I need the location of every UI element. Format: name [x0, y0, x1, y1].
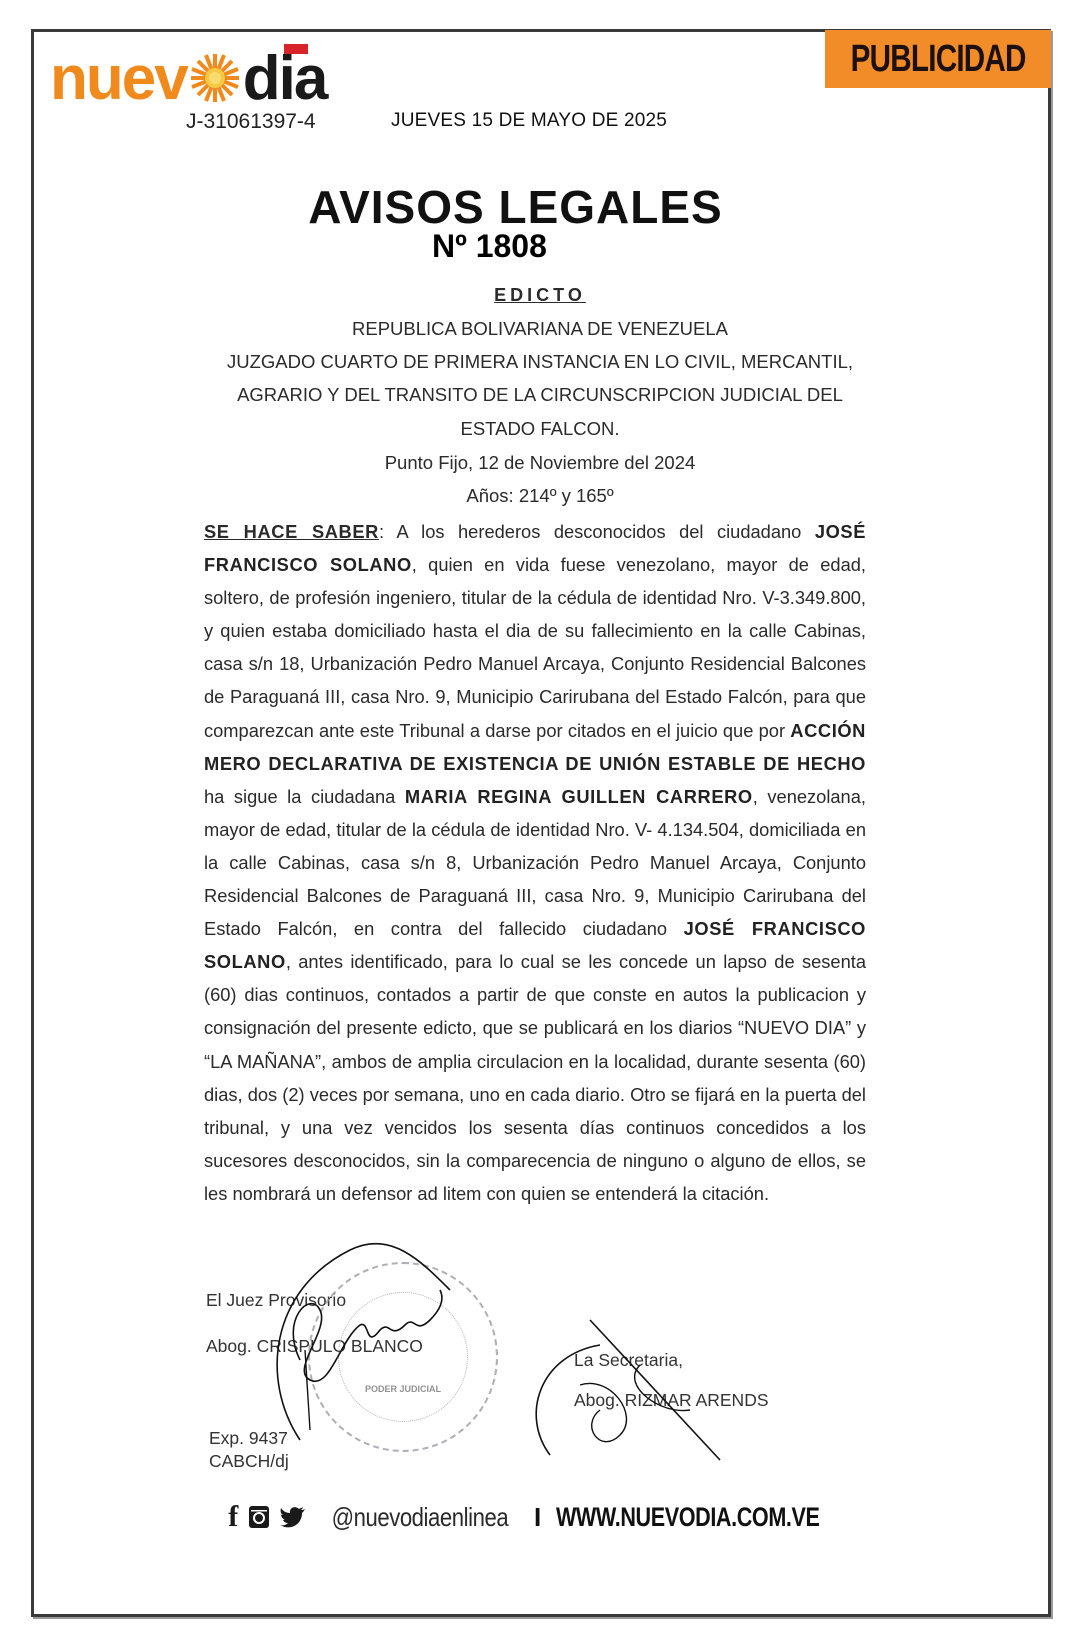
- years-line: Años: 214º y 165º: [180, 485, 900, 507]
- issue-date: JUEVES 15 DE MAYO DE 2025: [391, 110, 667, 132]
- social-handle[interactable]: @nuevodiaenlinea: [332, 1502, 509, 1533]
- footer: f @nuevodiaenlinea I WWW.NUEVODIA.COM.VE: [0, 1500, 1081, 1534]
- section-tab-label: PUBLICIDAD: [851, 38, 1026, 81]
- facebook-icon[interactable]: f: [228, 1500, 238, 1534]
- issue-number: Nº 1808: [432, 228, 547, 265]
- secretary-title: La Secretaria,: [574, 1350, 683, 1371]
- body-lead: SE HACE SABER: [204, 521, 379, 542]
- plaintiff-name: MARIA REGINA GUILLEN CARRERO: [405, 786, 753, 807]
- seal-label: PODER JUDICIAL: [310, 1384, 496, 1394]
- file-reference: Exp. 9437: [209, 1428, 288, 1449]
- court-seal: PODER JUDICIAL: [308, 1262, 498, 1452]
- twitter-icon[interactable]: [280, 1506, 306, 1528]
- brand-accent-bar: [284, 44, 308, 54]
- website-link[interactable]: WWW.NUEVODIA.COM.VE: [556, 1502, 820, 1533]
- edict-body: SE HACE SABER: A los herederos desconoci…: [204, 515, 866, 1210]
- brand-logo: nuev dia: [50, 50, 326, 110]
- place-date: Punto Fijo, 12 de Noviembre del 2024: [180, 452, 900, 474]
- instagram-icon[interactable]: [248, 1505, 270, 1529]
- court-line-3: ESTADO FALCON.: [180, 418, 900, 440]
- initials: CABCH/dj: [209, 1451, 289, 1472]
- secretary-name: Abog. RIZMAR ARENDS: [574, 1390, 769, 1411]
- page-title: AVISOS LEGALES: [0, 180, 1081, 234]
- section-tab: PUBLICIDAD: [825, 30, 1051, 88]
- court-line-1: JUZGADO CUARTO DE PRIMERA INSTANCIA EN L…: [180, 351, 900, 373]
- court-line-2: AGRARIO Y DEL TRANSITO DE LA CIRCUNSCRIP…: [180, 384, 900, 406]
- sun-icon: [189, 52, 241, 104]
- footer-separator: I: [534, 1502, 541, 1533]
- brand-left: nuev: [50, 48, 187, 110]
- tax-id: J-31061397-4: [186, 110, 316, 134]
- edict-label: EDICTO: [180, 285, 900, 306]
- country-line: REPUBLICA BOLIVARIANA DE VENEZUELA: [180, 318, 900, 340]
- brand-right: dia: [243, 48, 327, 110]
